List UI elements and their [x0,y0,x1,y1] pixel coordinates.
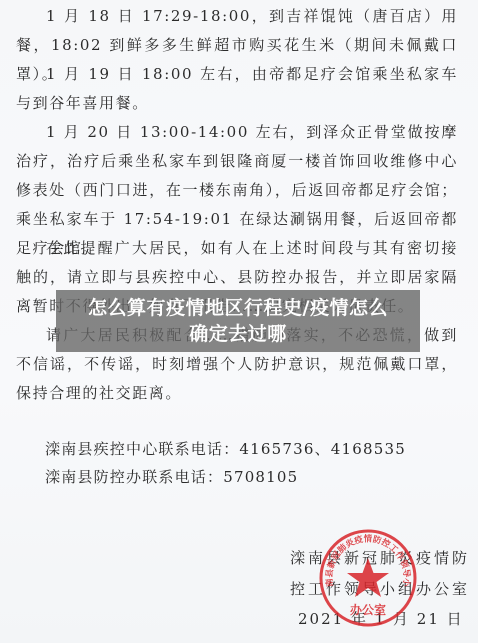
signature-org-line2: 控工作领导小组办公室 [290,574,470,604]
banner-title-line2: 确定去过哪 [189,321,287,347]
article-title-banner: 怎么算有疫情地区行程史/疫情怎么 确定去过哪 [56,290,420,352]
contact-cdc-phone: 滦南县疾控中心联系电话：4165736、4168535 [45,435,406,464]
paragraph-jan19: 1 月 19 日 18:00 左右，由帝都足疗会馆乘坐私家车与到谷年喜用餐。 [16,60,458,118]
banner-title-line1: 怎么算有疫情地区行程史/疫情怎么 [88,295,388,321]
contact-office-phone: 滦南县防控办联系电话：5708105 [45,463,298,492]
signature-org-line1: 滦南县新冠肺炎疫情防 [290,543,470,573]
signature-date: 2021 年 1 月 21 日 [298,604,464,634]
